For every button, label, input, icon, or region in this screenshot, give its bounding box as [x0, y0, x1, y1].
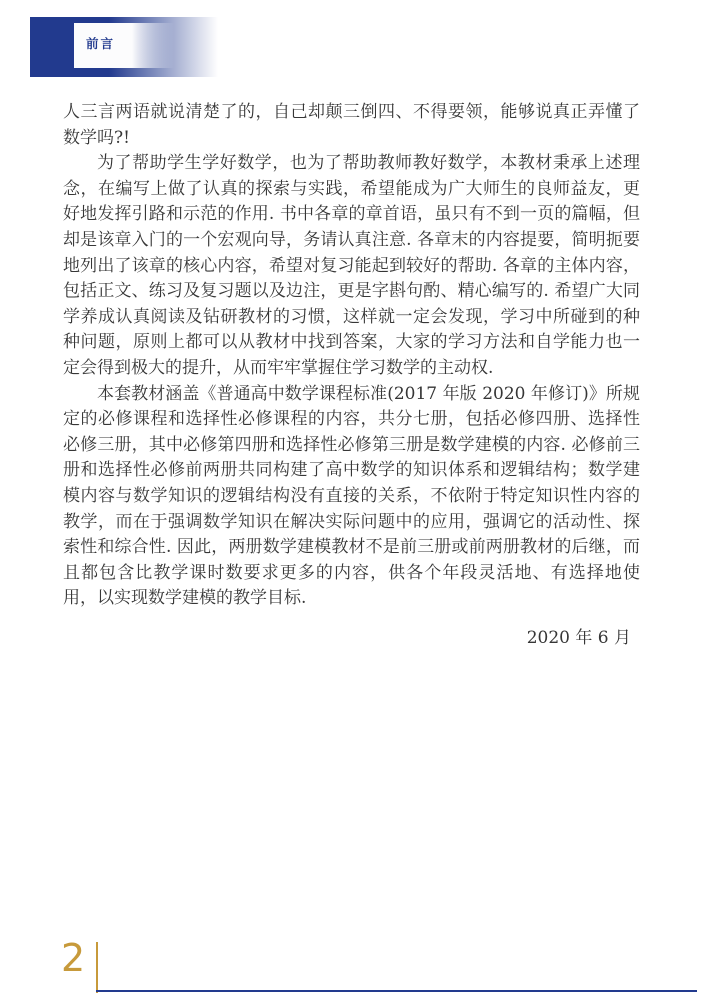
paragraph: 为了帮助学生学好数学，也为了帮助教师教好数学，本教材秉承上述理念，在编写上做了认… — [63, 151, 640, 381]
preface-header-band: 前言 — [30, 17, 218, 77]
paragraph: 本套教材涵盖《普通高中数学课程标准(2017 年版 2020 年修订)》所规定的… — [63, 382, 640, 612]
footer-blue-rule — [96, 990, 697, 992]
date-line: 2020 年 6 月 — [63, 626, 640, 652]
page-title: 前言 — [74, 34, 115, 52]
page-number: 2 — [61, 938, 85, 978]
footer-gold-rule — [96, 942, 98, 993]
paragraph: 人三言两语就说清楚了的，自己却颠三倒四、不得要领，能够说真正弄懂了数学吗?! — [63, 100, 640, 151]
preface-header-tab: 前言 — [74, 23, 174, 68]
page-container: 前言 人三言两语就说清楚了的，自己却颠三倒四、不得要领，能够说真正弄懂了数学吗?… — [0, 0, 702, 993]
body-text: 人三言两语就说清楚了的，自己却颠三倒四、不得要领，能够说真正弄懂了数学吗?! 为… — [63, 100, 640, 651]
